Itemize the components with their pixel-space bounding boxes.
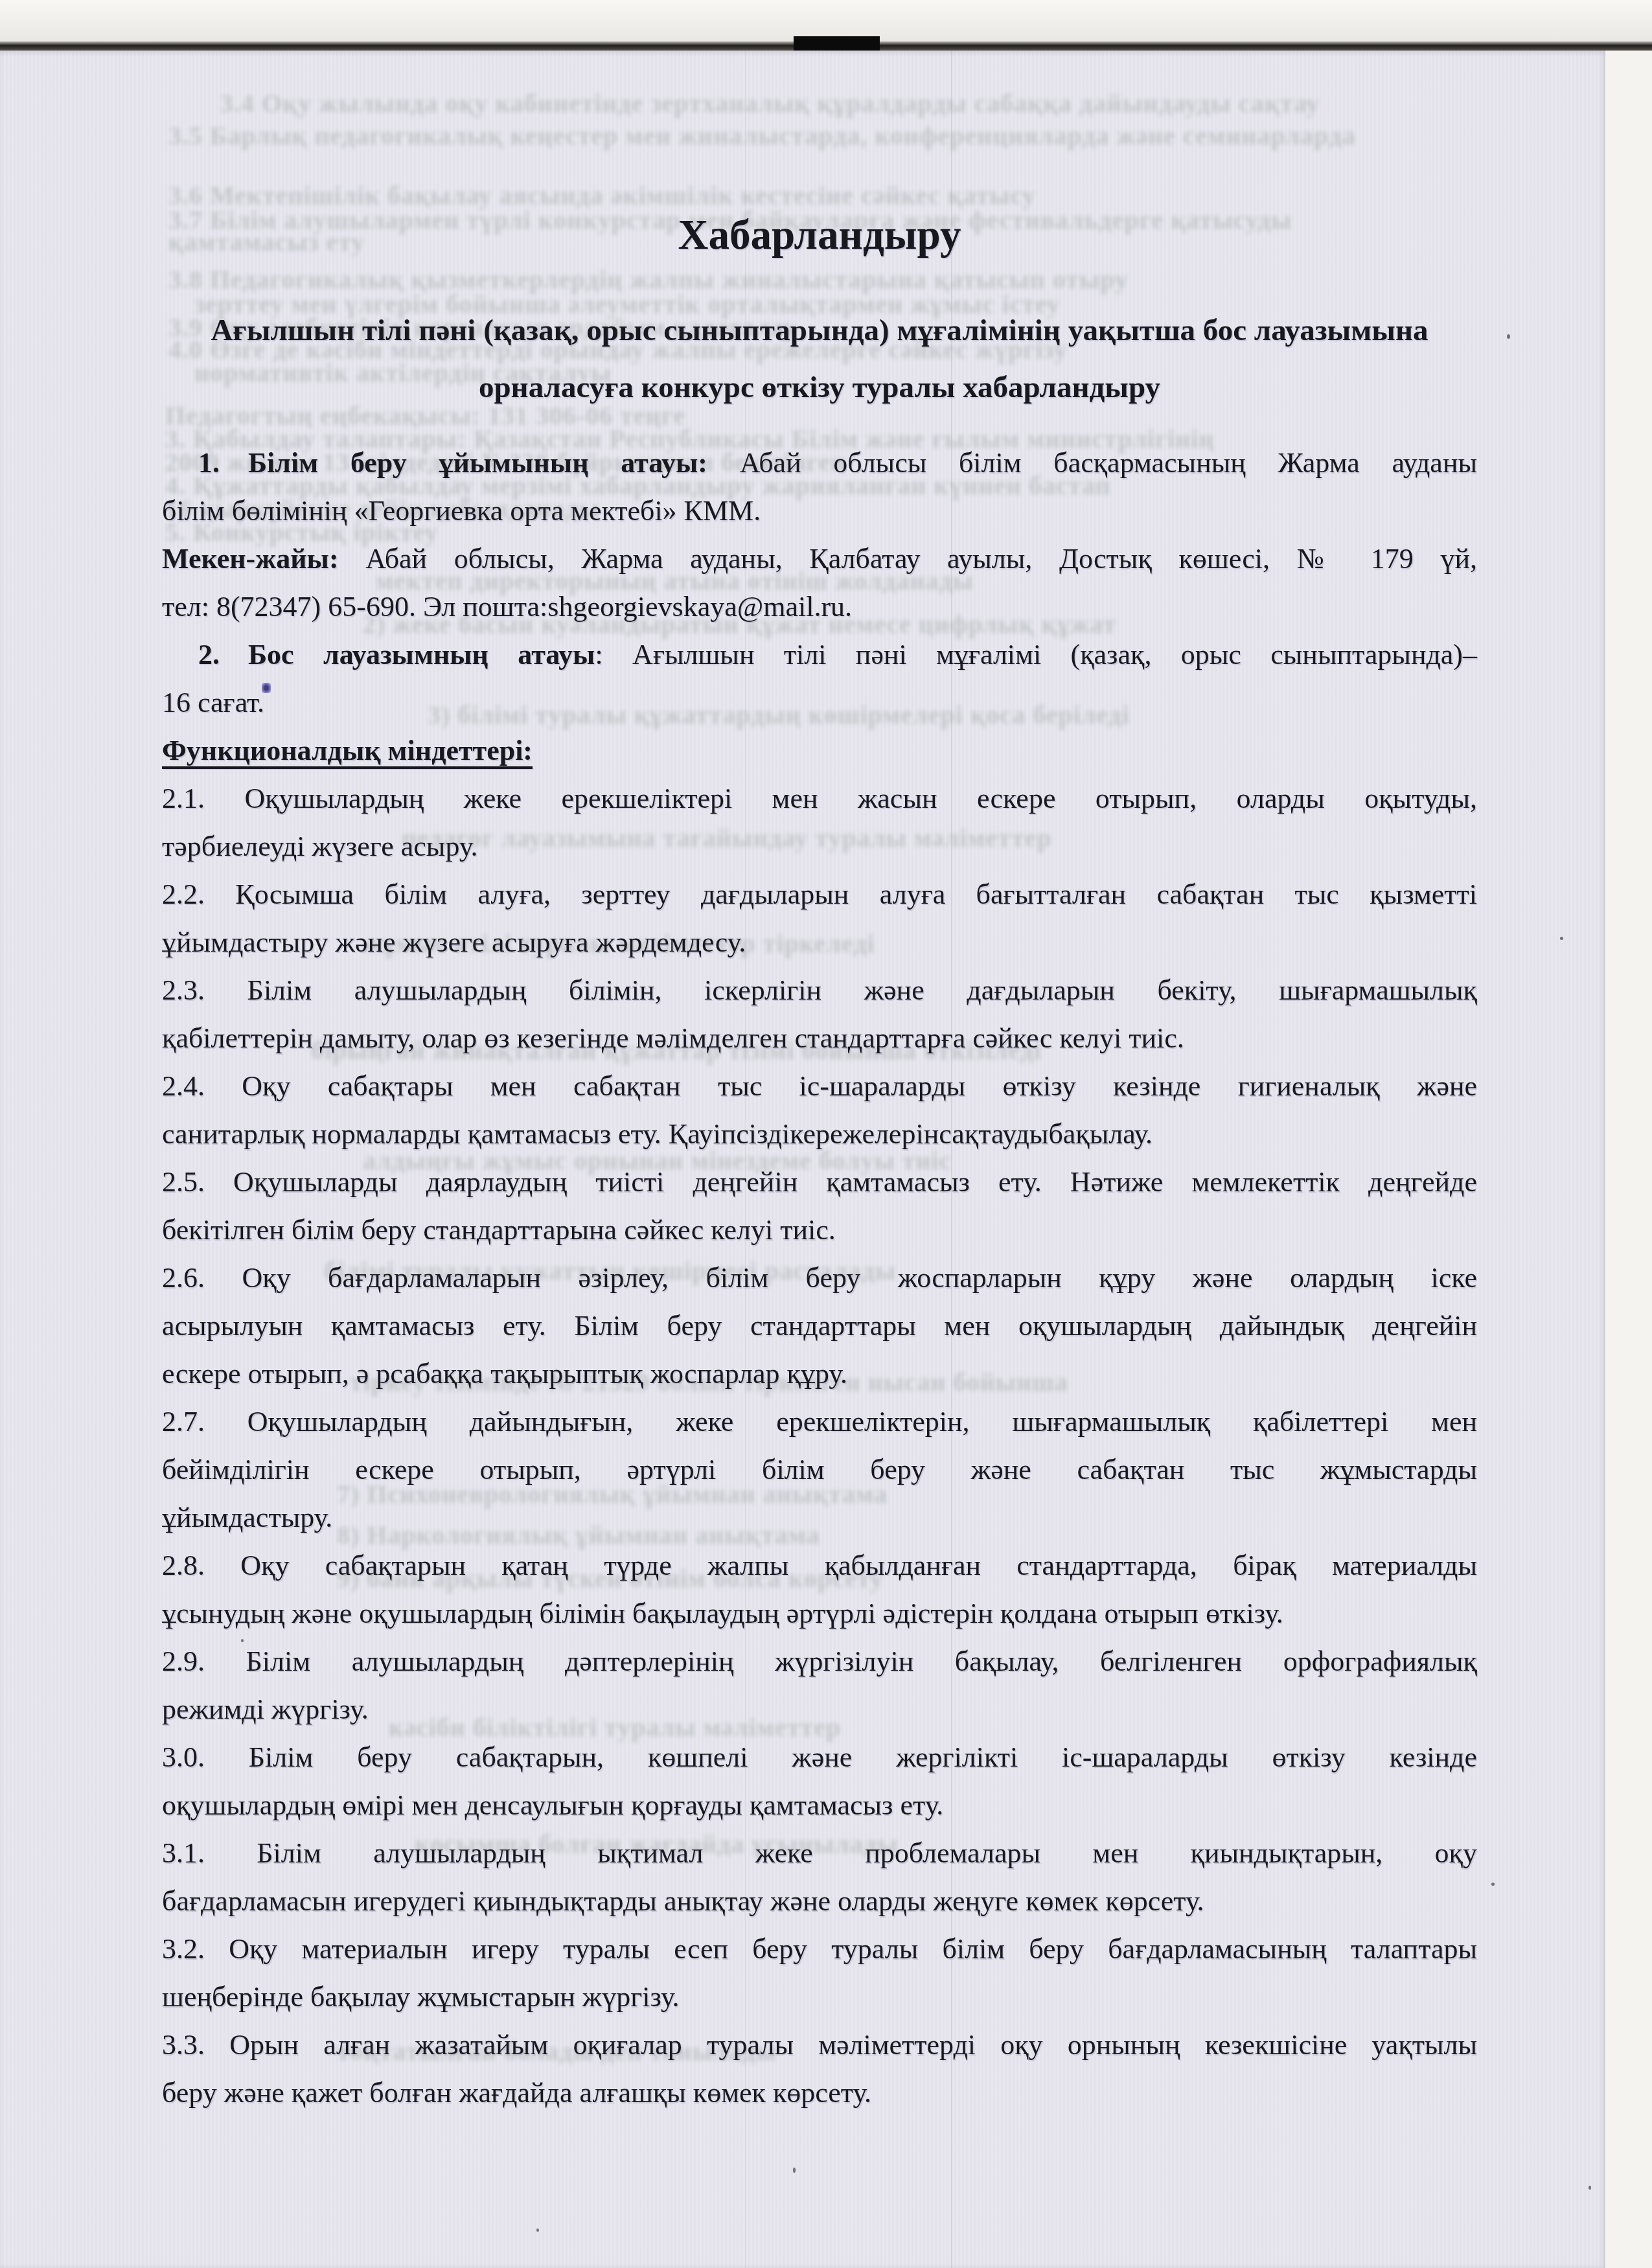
text-segment: 3.0. Білім беру сабақтарын, көшпелі және… bbox=[162, 1741, 1477, 1773]
text-segment: асырылуын қамтамасыз ету. Білім беру ста… bbox=[162, 1310, 1477, 1342]
body-text: 1. Білім беру ұйымының атауы: Абай облыс… bbox=[162, 439, 1477, 2117]
document-content: Хабарландыру Ағылшын тілі пәні (қазақ, о… bbox=[162, 206, 1477, 2117]
text-line-14: 2.4. Оқу сабақтары мен сабақтан тыс іс-ш… bbox=[162, 1062, 1477, 1110]
text-segment: : Ағылшын тілі пәні мұғалімі (қазақ, оры… bbox=[595, 639, 1477, 670]
text-segment: Абай облысы білім басқармасының Жарма ау… bbox=[740, 447, 1477, 479]
text-line-25: ұсынудың және оқушылардың білімін бақыла… bbox=[162, 1590, 1477, 1638]
text-segment: 2.5. Оқушыларды даярлаудың тиісті деңгей… bbox=[162, 1166, 1477, 1198]
bleed-through-line: 3.4 Оқу жылында оқу кабинетінде зертхана… bbox=[220, 88, 1320, 119]
text-line-11: ұйымдастыру және жүзеге асыруға жәрдемде… bbox=[162, 919, 1477, 967]
text-line-12: 2.3. Білім алушылардың білімін, іскерліг… bbox=[162, 967, 1477, 1014]
paper-speck bbox=[1560, 937, 1563, 940]
text-line-1: 1. Білім беру ұйымының атауы: Абай облыс… bbox=[162, 439, 1477, 487]
bold-text-segment: 2. bbox=[198, 639, 248, 670]
bleed-through-line: 3.5 Барлық педагогикалық кеңестер мен жи… bbox=[168, 120, 1356, 151]
text-segment: ескере отырып, ә рсабаққа тақырыптық жос… bbox=[162, 1358, 847, 1390]
text-segment: Абай облысы, Жарма ауданы, Қалбатау ауыл… bbox=[365, 543, 1477, 575]
text-segment: режимді жүргізу. bbox=[162, 1693, 369, 1725]
paper-speck bbox=[536, 2228, 539, 2232]
text-segment: беру және қажет болған жағдайда алғашқы … bbox=[162, 2077, 871, 2109]
paper-speck bbox=[996, 656, 999, 659]
text-line-6: 16 сағат. bbox=[162, 679, 1477, 727]
text-segment: тәрбиелеуді жүзеге асыру. bbox=[162, 830, 477, 862]
text-segment: бекітілген білім беру стандарттарына сәй… bbox=[162, 1214, 836, 1246]
text-segment: 3.3. Орын алған жазатайым оқиғалар турал… bbox=[162, 2029, 1477, 2061]
document-title: Хабарландыру bbox=[162, 206, 1477, 264]
text-line-4: тел: 8(72347) 65-690. Эл пошта:shgeorgie… bbox=[162, 583, 1477, 631]
bold-text-segment: 1. bbox=[198, 447, 248, 479]
text-line-27: режимді жүргізу. bbox=[162, 1686, 1477, 1734]
text-segment: 2.7. Оқушылардың дайындығын, жеке ерекше… bbox=[162, 1406, 1477, 1438]
text-line-19: асырылуын қамтамасыз ету. Білім беру ста… bbox=[162, 1302, 1477, 1350]
text-line-2: білім бөлімінің «Георгиевка орта мектебі… bbox=[162, 487, 1477, 535]
paper-speck bbox=[1491, 1883, 1495, 1886]
text-line-9: тәрбиелеуді жүзеге асыру. bbox=[162, 823, 1477, 871]
text-segment: 3.1. Білім алушылардың ықтимал жеке проб… bbox=[162, 1837, 1477, 1869]
text-line-18: 2.6. Оқу бағдарламаларын әзірлеу, білім … bbox=[162, 1254, 1477, 1302]
paper-speck bbox=[793, 2168, 796, 2173]
paper-speck bbox=[1589, 2186, 1591, 2190]
text-line-28: 3.0. Білім беру сабақтарын, көшпелі және… bbox=[162, 1734, 1477, 1781]
text-line-32: 3.2. Оқу материалын игеру туралы есеп бе… bbox=[162, 1925, 1477, 1973]
bold-text-segment: Бос лауазымның атауы bbox=[248, 639, 595, 670]
text-segment: ұйымдастыру. bbox=[162, 1502, 332, 1533]
text-segment: 2.6. Оқу бағдарламаларын әзірлеу, білім … bbox=[162, 1262, 1477, 1294]
text-segment: шеңберінде бақылау жұмыстарын жүргізу. bbox=[162, 1981, 680, 2013]
text-segment: 2.8. Оқу сабақтарын қатаң түрде жалпы қа… bbox=[162, 1550, 1477, 1581]
text-line-23: ұйымдастыру. bbox=[162, 1494, 1477, 1542]
text-line-20: ескере отырып, ә рсабаққа тақырыптық жос… bbox=[162, 1350, 1477, 1398]
paper-speck bbox=[1507, 334, 1510, 339]
text-segment: санитарлық нормаларды қамтамасыз ету. Қа… bbox=[162, 1118, 1153, 1150]
text-segment: 2.9. Білім алушылардың дәптерлерінің жүр… bbox=[162, 1645, 1477, 1677]
text-line-8: 2.1. Оқушылардың жеке ерекшеліктері мен … bbox=[162, 775, 1477, 823]
text-line-33: шеңберінде бақылау жұмыстарын жүргізу. bbox=[162, 1973, 1477, 2021]
text-segment: білім бөлімінің «Георгиевка орта мектебі… bbox=[162, 495, 761, 527]
text-segment: 2.4. Оқу сабақтары мен сабақтан тыс іс-ш… bbox=[162, 1070, 1477, 1102]
text-line-22: бейімділігін ескере отырып, әртүрлі білі… bbox=[162, 1446, 1477, 1494]
text-segment: 2.2. Қосымша білім алуға, зерттеу дағдыл… bbox=[162, 878, 1477, 910]
text-line-34: 3.3. Орын алған жазатайым оқиғалар турал… bbox=[162, 2021, 1477, 2069]
text-segment: тел: 8(72347) 65-690. Эл пошта:shgeorgie… bbox=[162, 591, 852, 623]
text-segment: ұйымдастыру және жүзеге асыруға жәрдемде… bbox=[162, 926, 746, 958]
text-line-15: санитарлық нормаларды қамтамасыз ету. Қа… bbox=[162, 1110, 1477, 1158]
scanner-top-band bbox=[0, 0, 1652, 41]
text-segment: бағдарламасын игерудегі қиындықтарды аны… bbox=[162, 1885, 1204, 1917]
document-subtitle-line-2: орналасуға конкурс өткізу туралы хабарла… bbox=[162, 359, 1477, 416]
text-line-13: қабілеттерін дамыту, олар өз кезегінде м… bbox=[162, 1014, 1477, 1062]
text-segment: ұсынудың және оқушылардың білімін бақыла… bbox=[162, 1598, 1283, 1629]
text-line-29: оқушылардың өмірі мен денсаулығын қорғау… bbox=[162, 1781, 1477, 1829]
bold-text-segment: Функционалдық міндеттері: bbox=[162, 735, 533, 766]
text-line-17: бекітілген білім беру стандарттарына сәй… bbox=[162, 1206, 1477, 1254]
text-segment: бейімділігін ескере отырып, әртүрлі білі… bbox=[162, 1454, 1477, 1485]
bold-text-segment: Білім беру ұйымының атауы: bbox=[248, 447, 740, 479]
text-line-16: 2.5. Оқушыларды даярлаудың тиісті деңгей… bbox=[162, 1158, 1477, 1206]
paper-speck bbox=[241, 1639, 244, 1642]
text-line-30: 3.1. Білім алушылардың ықтимал жеке проб… bbox=[162, 1829, 1477, 1877]
text-line-35: беру және қажет болған жағдайда алғашқы … bbox=[162, 2069, 1477, 2117]
text-line-3: Мекен-жайы: Абай облысы, Жарма ауданы, Қ… bbox=[162, 535, 1477, 583]
ink-smudge bbox=[262, 683, 271, 693]
text-line-21: 2.7. Оқушылардың дайындығын, жеке ерекше… bbox=[162, 1398, 1477, 1446]
text-segment: 2.1. Оқушылардың жеке ерекшеліктері мен … bbox=[162, 783, 1477, 814]
text-line-7: Функционалдық міндеттері: bbox=[162, 727, 1477, 775]
text-segment: 2.3. Білім алушылардың білімін, іскерліг… bbox=[162, 974, 1477, 1006]
text-line-5: 2. Бос лауазымның атауы: Ағылшын тілі пә… bbox=[162, 631, 1477, 679]
text-segment: 3.2. Оқу материалын игеру туралы есеп бе… bbox=[162, 1933, 1477, 1965]
text-segment: оқушылардың өмірі мен денсаулығын қорғау… bbox=[162, 1789, 943, 1821]
text-segment: 16 сағат. bbox=[162, 687, 264, 718]
text-line-10: 2.2. Қосымша білім алуға, зерттеу дағдыл… bbox=[162, 871, 1477, 919]
text-line-24: 2.8. Оқу сабақтарын қатаң түрде жалпы қа… bbox=[162, 1542, 1477, 1590]
bold-text-segment: Мекен-жайы: bbox=[162, 543, 365, 575]
text-segment: қабілеттерін дамыту, олар өз кезегінде м… bbox=[162, 1022, 1184, 1054]
text-line-26: 2.9. Білім алушылардың дәптерлерінің жүр… bbox=[162, 1638, 1477, 1686]
text-line-31: бағдарламасын игерудегі қиындықтарды аны… bbox=[162, 1877, 1477, 1925]
document-subtitle-line-1: Ағылшын тілі пәні (қазақ, орыс сыныптары… bbox=[162, 302, 1477, 359]
scanned-page: 3.4 Оқу жылында оқу кабинетінде зертхана… bbox=[0, 51, 1605, 2268]
